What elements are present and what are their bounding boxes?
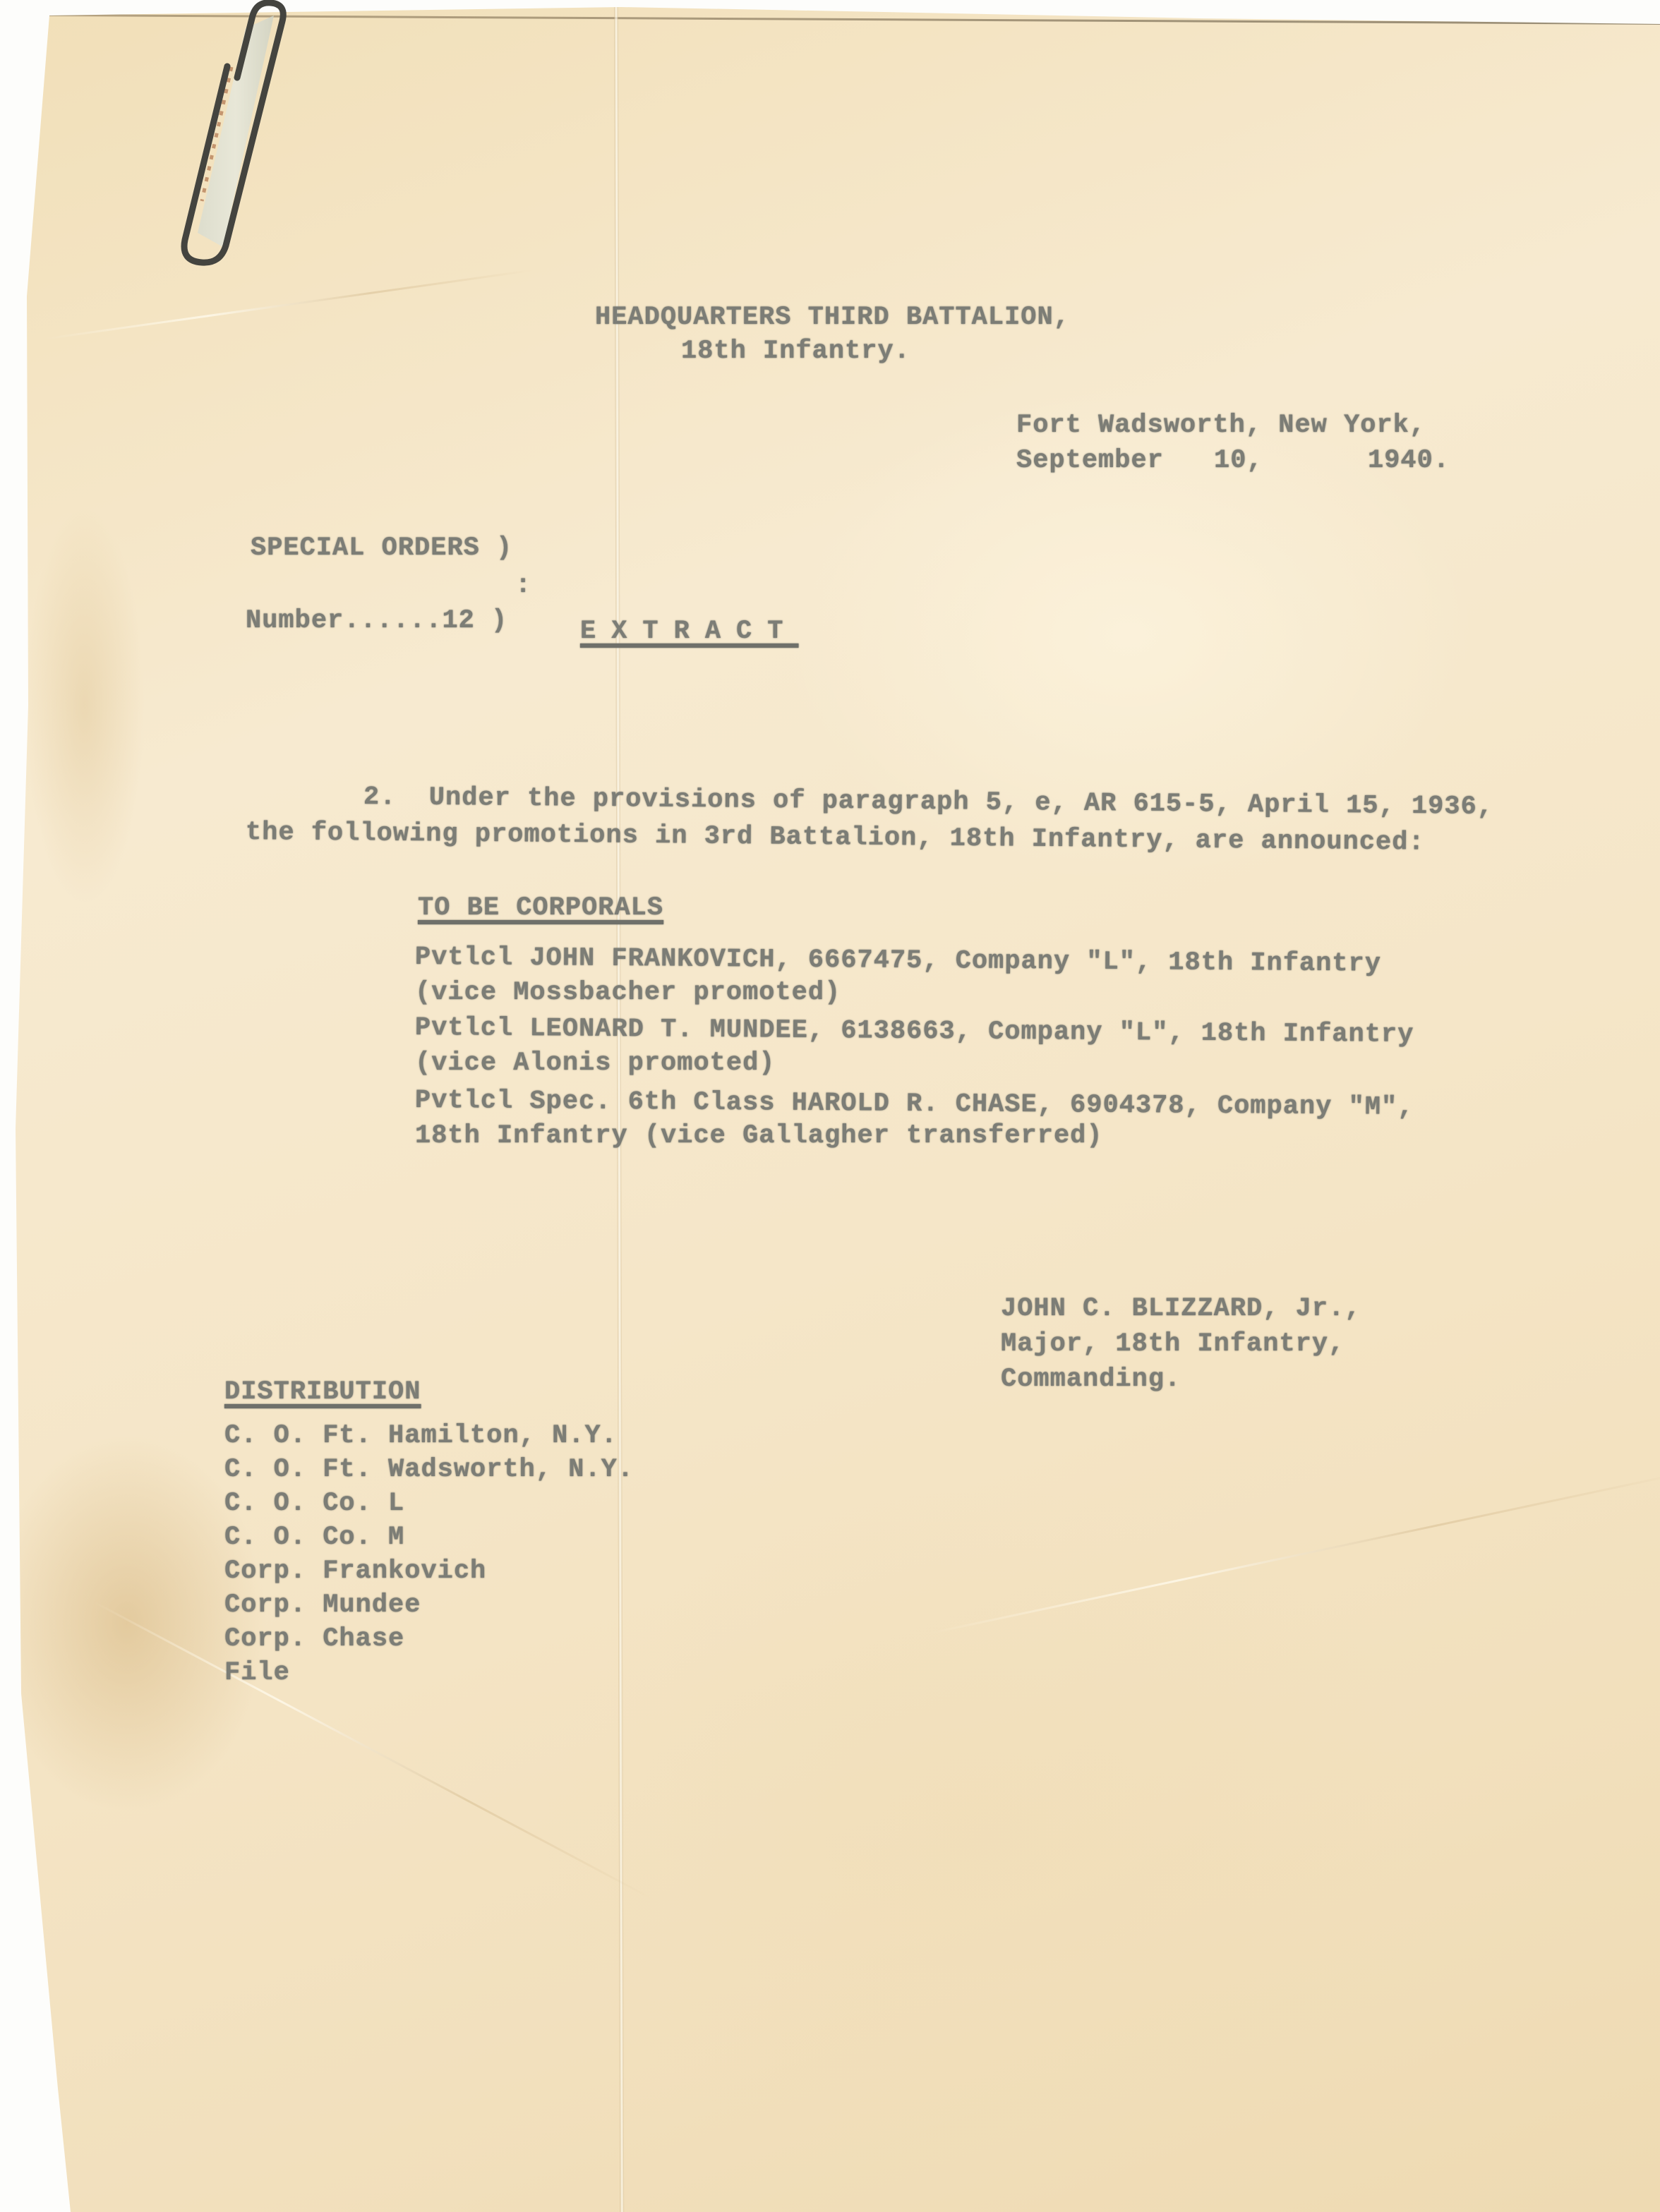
document-page: HEADQUARTERS THIRD BATTALION, 18th Infan… — [0, 0, 1660, 2212]
promotion-vice-line: (vice Mossbacher promoted) — [415, 975, 841, 1010]
section-heading: TO BE CORPORALS — [418, 890, 663, 926]
distribution-item: C. O. Co. M — [224, 1520, 404, 1555]
paper-crease — [44, 269, 534, 339]
distribution-item: Corp. Mundee — [224, 1588, 421, 1623]
distribution-item: C. O. Ft. Wadsworth, N.Y. — [224, 1452, 634, 1487]
paperclip-icon — [161, 0, 295, 275]
distribution-heading: DISTRIBUTION — [224, 1374, 421, 1410]
distribution-item: Corp. Chase — [224, 1621, 404, 1657]
unit-subheading: 18th Infantry. — [681, 334, 910, 369]
date-month: September — [1016, 443, 1164, 478]
location-line: Fort Wadsworth, New York, — [1016, 408, 1426, 443]
order-colon: : — [515, 568, 531, 603]
date-year: 1940. — [1368, 443, 1450, 478]
signatory-name: JOHN C. BLIZZARD, Jr., — [1001, 1291, 1361, 1326]
distribution-item: C. O. Co. L — [224, 1486, 404, 1521]
promotion-vice-line: (vice Alonis promoted) — [415, 1046, 775, 1081]
distribution-item: File — [224, 1655, 290, 1691]
signatory-rank: Major, 18th Infantry, — [1001, 1326, 1345, 1362]
date-day: 10, — [1214, 443, 1263, 478]
unit-heading: HEADQUARTERS THIRD BATTALION, — [595, 300, 1070, 335]
distribution-item: C. O. Ft. Hamilton, N.Y. — [224, 1418, 618, 1453]
signatory-role: Commanding. — [1001, 1362, 1181, 1397]
special-orders-label: SPECIAL ORDERS ) — [251, 531, 512, 566]
distribution-item: Corp. Frankovich — [224, 1554, 486, 1589]
promotion-vice-line: 18th Infantry (vice Gallagher transferre… — [415, 1118, 1103, 1154]
order-number-label: Number......12 ) — [246, 603, 507, 639]
extract-heading: EXTRACT — [580, 614, 798, 649]
paper-crease — [926, 1472, 1660, 1636]
